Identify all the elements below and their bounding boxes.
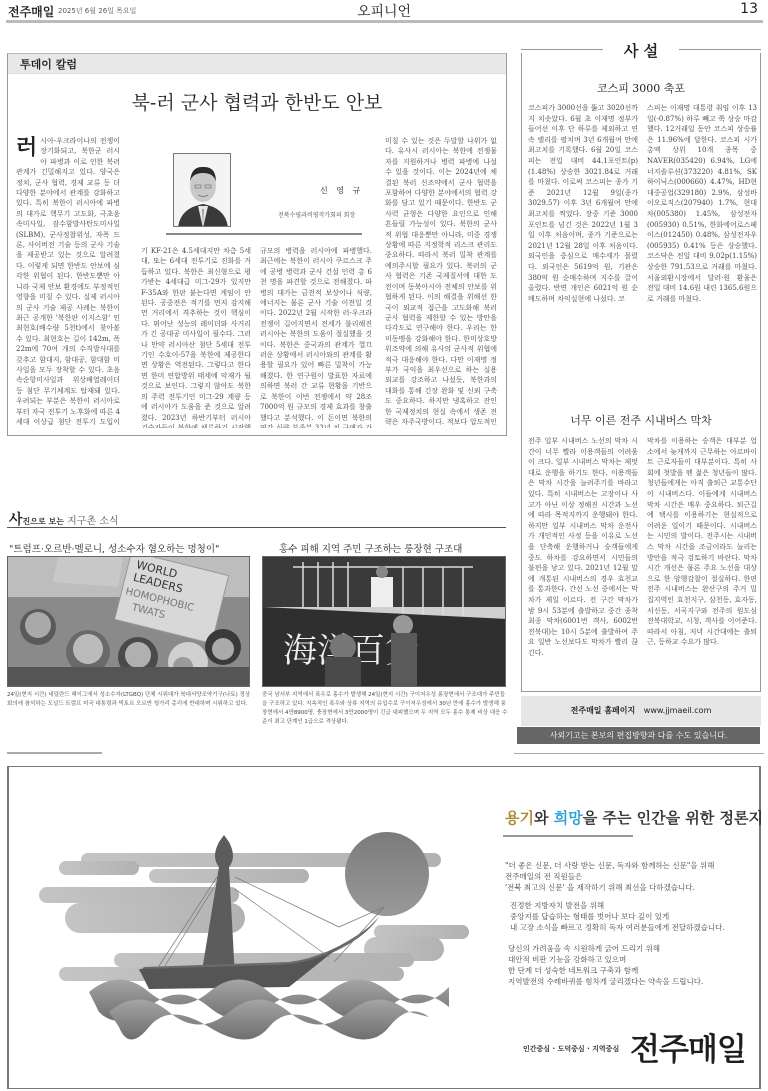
editorial-2-col2: 막차를 이용하는 승객은 대부분 업소에서 늦게까지 근무하는 아르바이트 근로… (647, 436, 757, 686)
homepage-bar[interactable]: 전주매일 홈페이지 www.jjmaeil.com (521, 696, 761, 726)
label-rest: 지구촌 소식 (64, 516, 119, 527)
ad-slogan: 인간중심 · 도덕중심 · 지역중심 (523, 1044, 619, 1054)
dropcap: 러 (16, 136, 37, 158)
flood-rescue-photo-icon: 海洋百货 (263, 557, 506, 687)
homepage-label: 전주매일 홈페이지 (571, 706, 636, 715)
headline-rest: 을 주는 인간을 위한 정론지 (583, 809, 763, 827)
column-body-col4: 미칠 수 있는 것은 두말할 나위가 없다. 유사시 러시아는 북한에 전쟁물자… (385, 136, 497, 428)
headline-courage: 용기 (505, 809, 534, 827)
divider (514, 753, 764, 754)
photo-news-1-caption: 24일(현지 시간) 네덜란드 헤이그에서 성소수자(LTGBQ) 단체 시위대… (7, 691, 252, 709)
homepage-url[interactable]: www.jjmaeil.com (644, 706, 712, 715)
column-body-col3: 규모의 병력을 러시아에 파병했다. 최근에는 북한이 러시아 쿠르스크 주에 … (260, 246, 372, 428)
ad-line: 내 고장 소식을 빠르고 정확히 독자 여러분들에게 전달하겠습니다. (510, 922, 725, 933)
column-tag: 투데이 칼럼 (20, 56, 77, 72)
ad-line: '전북 최고의 신문' 을 제작하기 위해 최선을 다하겠습니다. (505, 882, 714, 893)
ad-line: 한 단계 더 성숙한 네트워크 구축과 함께 (508, 965, 703, 976)
editorial-box: 코스피 3000 축포 코스피가 3000선을 뚫고 3020선까지 치솟았다.… (521, 53, 761, 692)
editorial-1-col1: 코스피가 3000선을 뚫고 3020선까지 치솟았다. 6월 초 이재명 정부… (528, 103, 638, 368)
editorial-1-title: 코스피 3000 축포 (522, 80, 760, 96)
column-body-col1: 러 시아-우크라이나의 전쟁이 장기화되고, 북한군 러시아 파병과 이로 인한… (16, 136, 120, 428)
author-portrait-icon (174, 154, 231, 227)
ad-logo: 전주매일 (630, 1024, 746, 1069)
photo-news-2-image: 海洋百货 (262, 556, 506, 687)
editorial-2-col1: 전주 일부 시내버스 노선의 막차 시간이 너무 빨라 이용객들의 어려움이 크… (528, 436, 638, 686)
column-text: 시아-우크라이나의 전쟁이 장기화되고, 북한군 러시아 파병과 이로 인한 북… (16, 137, 120, 428)
header-rule (6, 20, 763, 23)
divider (7, 527, 506, 528)
ad-paragraph-2: 진정한 지방자치 발전을 위해 중앙지를 답습하는 형태를 벗어나 보다 깊이 … (510, 900, 725, 933)
author-photo (173, 153, 231, 227)
ad-line: 대안적 비판 기능을 강화하고 있으며 (508, 954, 703, 965)
author-affiliation: 전북수필과비평작가회의 회장 (278, 210, 355, 219)
photo-news-2-caption: 중국 남서부 지역에서 폭우로 홍수가 발생해 24일(현지 시간) 구이저우성… (262, 691, 508, 727)
headline-hope: 희망 (554, 809, 583, 827)
protest-photo-icon: WORLD LEADERS HOMOPHOBIC TWATS (8, 557, 250, 687)
today-column: 투데이 칼럼 북-러 군사 협력과 한반도 안보 러 시아-우크라이나의 전쟁이… (7, 53, 507, 436)
column-headline: 북-러 군사 협력과 한반도 안보 (8, 88, 506, 115)
photo-news-1-image: WORLD LEADERS HOMOPHOBIC TWATS (7, 556, 250, 687)
ad-line: 전주매일의 전 직원들은 (505, 871, 714, 882)
headline-mid: 와 (534, 809, 554, 827)
divider (503, 835, 633, 837)
ad-line: 지역발전의 수레바퀴를 힘차게 굴리겠다는 약속을 드립니다. (508, 976, 703, 987)
photo-news-2-headline: 홍수 피해 지역 주민 구조하는 룽장현 구조대 (279, 541, 462, 555)
ad-paragraph-3: 당신의 가려움을 속 시원하게 긁어 드리기 위해 대안적 비판 기능을 강화하… (508, 943, 703, 987)
page-number: 13 (740, 1, 758, 17)
ad-line: "더 좋은 신문, 더 사랑 받는 신문, 독자와 함께하는 신문"을 위해 (505, 860, 714, 871)
section-title: 오피니언 (0, 1, 768, 21)
ad-line: 중앙지를 답습하는 형태를 벗어나 보다 깊이 있게 (510, 911, 725, 922)
ad-headline: 용기와 희망을 주는 인간을 위한 정론지 (505, 807, 763, 828)
ad-line: 당신의 가려움을 속 시원하게 긁어 드리기 위해 (508, 943, 703, 954)
ad-paragraph-1: "더 좋은 신문, 더 사랑 받는 신문, 독자와 함께하는 신문"을 위해 전… (505, 860, 714, 893)
pen-ship-illustration-icon (29, 807, 469, 1057)
photo-news-label: 사진으로 보는 지구촌 소식 (9, 509, 119, 529)
divider (679, 49, 761, 50)
editorial-2-title: 너무 이른 전주 시내버스 막차 (522, 412, 760, 428)
author-name: 신 영 규 (320, 185, 363, 196)
label-initial: 사 (9, 512, 23, 528)
column-body-col2: 기 KF-21은 4.5세대지만 차츰 5세대, 또는 6세대 전투기로 진화를… (141, 246, 251, 428)
editorial-1-col2: 스피는 이재명 대통령 취임 이후 13일(-0.87%) 하루 빼고 쭉 상승… (647, 103, 757, 368)
divider (7, 752, 102, 754)
divider (166, 233, 362, 235)
ad-line: 진정한 지방자치 발전을 위해 (510, 900, 725, 911)
label-small: 진으로 보는 (23, 517, 64, 526)
disclaimer-banner: 사외기고는 본보의 편집방향과 다를 수도 있습니다. (517, 727, 760, 744)
photo-news-1-headline: "트럼프·오르반·멜로니, 성소수자 혐오하는 멍청이" (9, 541, 219, 555)
column-tag-bar: 투데이 칼럼 (8, 54, 506, 74)
